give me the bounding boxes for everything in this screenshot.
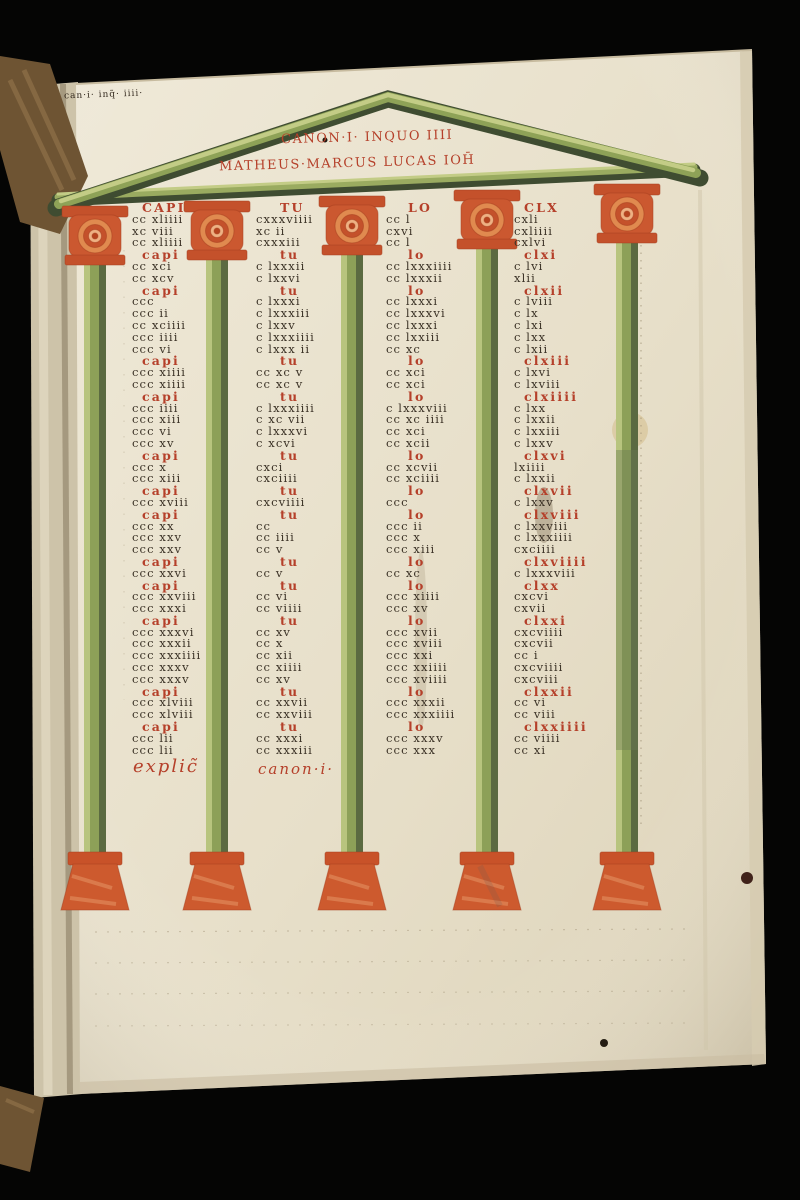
canon-cell: cc xxxiii (252, 745, 382, 757)
canon-cell: cc lxxxii (382, 273, 510, 285)
canon-cell: cxxxiii (252, 237, 382, 249)
canon-cell: c lxxvi (252, 273, 382, 285)
canon-cell: ccc lii (128, 745, 252, 757)
base-1 (61, 852, 129, 910)
canon-cell: cc xc (382, 344, 510, 356)
canon-table: CAPITULOCLXcc xliiiicxxxviiiicc lcxlixc … (128, 202, 606, 756)
canon-cell: cc xciiii (382, 473, 510, 485)
canon-cell: ccc xviiii (382, 674, 510, 686)
canon-cell: cc xcii (382, 438, 510, 450)
column-1 (84, 258, 106, 856)
canon-cell: ccc xv (382, 603, 510, 615)
canon-cell: cc xi (510, 745, 606, 757)
canon-header-cell: tu (252, 509, 382, 521)
canon-cell: c lxxx ii (252, 344, 382, 356)
explicit-canon-label: canon·i· (258, 760, 334, 778)
canon-cell: cxcviiii (252, 497, 382, 509)
base-5 (593, 852, 661, 910)
canon-cell: ccc xxx (382, 745, 510, 757)
canon-row: ccc liicc xxxiiiccc xxxcc xi (128, 745, 606, 757)
canon-cell: cc viiii (252, 603, 382, 615)
canon-cell: cc xc (382, 568, 510, 580)
canon-cell: ccc xiii (382, 544, 510, 556)
explicit-label: explic̃ (133, 756, 199, 777)
canon-cell: cc v (252, 544, 382, 556)
column-5 (616, 236, 638, 856)
canon-cell: ccc (382, 497, 510, 509)
canon-cell: c xcvi (252, 438, 382, 450)
canon-cell: cc xv (252, 674, 382, 686)
capital-1 (62, 206, 128, 265)
canon-cell: cc l (382, 237, 510, 249)
canon-cell: ccc xxxiiii (382, 709, 510, 721)
base-3 (318, 852, 386, 910)
canon-cell: cc xxviii (252, 709, 382, 721)
base-2 (183, 852, 251, 910)
canon-cell: cxciiii (252, 473, 382, 485)
manuscript-photo: can·i· inq̃· iiii· CANON·I· INQUO IIII M… (0, 0, 800, 1200)
canon-cell: cc xci (382, 379, 510, 391)
canon-cell: cc xc v (252, 379, 382, 391)
base-4 (453, 852, 521, 910)
canon-cell: cc v (252, 568, 382, 580)
